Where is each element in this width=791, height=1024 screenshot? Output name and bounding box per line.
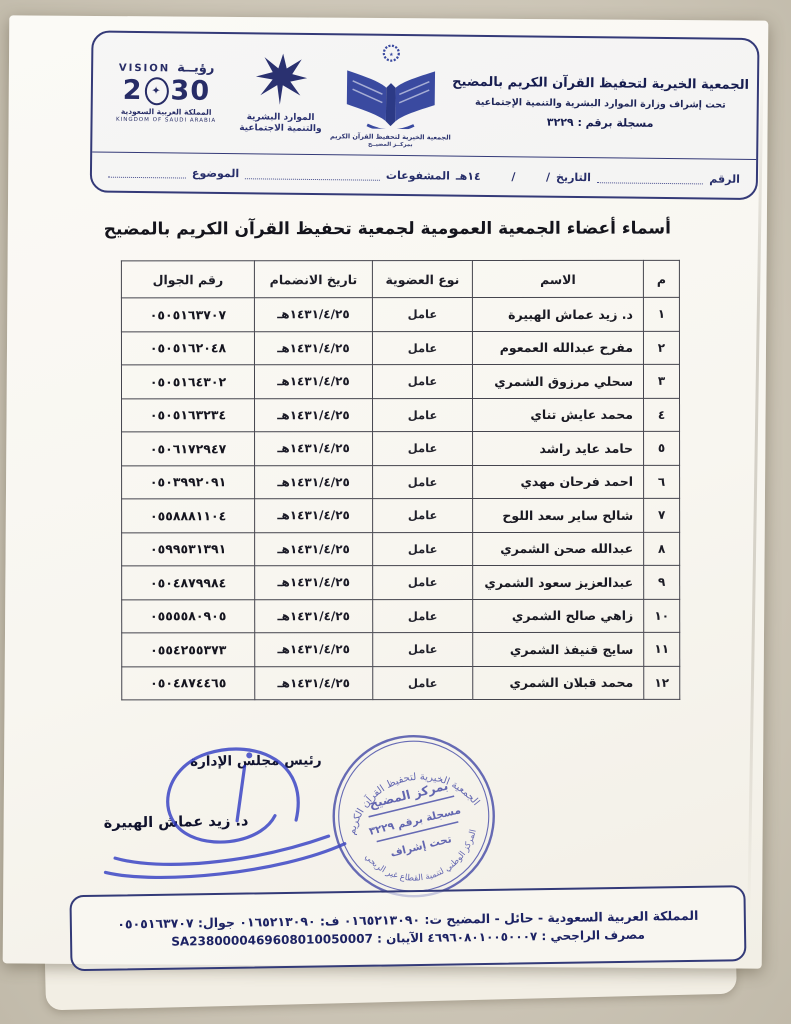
mobile-number: ٠٥٠٦١٧٢٩٤٧ (122, 432, 255, 466)
member-no: ٧ (644, 498, 680, 532)
association-logo: ٭ الجمعية الخيرية لتحفيظ القرآن الكريم ب… (329, 42, 452, 148)
member-no: ١٢ (644, 666, 680, 700)
member-name: حامد عايد راشد (473, 431, 644, 465)
association-name: الجمعية الخيرية لتحفيظ القرآن الكريم بال… (452, 74, 749, 92)
membership-type: عامل (373, 666, 473, 700)
join-date: ١٤٣١/٤/٢٥هـ (254, 365, 372, 399)
membership-type: عامل (373, 465, 473, 499)
col-header-type: نوع العضوية (372, 261, 472, 298)
table-row: ٢ مفرح عبدالله العمعوم عامل ١٤٣١/٤/٢٥هـ … (121, 331, 679, 365)
quran-book-icon: ٭ (338, 42, 443, 129)
hr-ministry-name: الموارد البشرية والتنمية الاجتماعية (231, 112, 329, 136)
vision-word-ar: رؤيــة (177, 61, 214, 76)
mobile-number: ٠٥٠٥١٦٢٠٤٨ (121, 331, 254, 365)
membership-type: عامل (372, 365, 472, 399)
table-row: ١٠ زاهي صالح الشمري عامل ١٤٣١/٤/٢٥هـ ٠٥٥… (122, 599, 680, 633)
member-no: ٩ (644, 565, 680, 599)
vision-country-ar: المملكة العربية السعودية (101, 107, 232, 117)
table-row: ١١ سايج قنيفذ الشمري عامل ١٤٣١/٤/٢٥هـ ٠٥… (122, 632, 680, 666)
form-number-label: الرقم (709, 172, 740, 185)
vision-country-en: KINGDOM OF SAUDI ARABIA (101, 117, 232, 125)
membership-type: عامل (373, 398, 473, 432)
vision-digits-30: 30 (170, 77, 210, 107)
mobile-number: ٠٥٠٤٨٧٤٤٦٥ (122, 666, 255, 700)
letterhead-form-row: الرقم التاريخ / / ١٤هـ المشفوعات الموضوع (92, 151, 756, 198)
col-header-phone: رقم الجوال (121, 261, 254, 298)
hr-ministry-star-icon (254, 52, 309, 107)
membership-type: عامل (373, 633, 473, 667)
join-date: ١٤٣١/٤/٢٥هـ (255, 566, 373, 600)
mobile-number: ٠٥٠٥١٦٣٢٣٤ (122, 398, 255, 432)
vision-emblem-icon: ✦ (144, 77, 168, 105)
join-date: ١٤٣١/٤/٢٥هـ (254, 331, 372, 365)
dotted-leader (597, 171, 704, 184)
member-name: سحلي مرزوق الشمري (472, 364, 643, 398)
member-name: محمد عايش تناي (473, 398, 644, 432)
member-no: ٤ (644, 398, 680, 432)
vision-2030-logo: VISION رؤيــة 2 ✦ 30 المملكة العربية الس… (101, 60, 233, 124)
vision-2030-year: 2 ✦ 30 (101, 76, 232, 107)
svg-text:المركز الوطني لتنمية القطاع غي: المركز الوطني لتنمية القطاع غير الربحي (361, 826, 487, 896)
membership-type: عامل (373, 599, 473, 633)
member-name: د. زيد عماش الهبيرة (472, 297, 643, 331)
table-row: ٨ عبدالله صحن الشمري عامل ١٤٣١/٤/٢٥هـ ٠٥… (122, 532, 680, 566)
document-title: أسماء أعضاء الجمعية العمومية لجمعية تحفي… (8, 218, 767, 239)
join-date: ١٤٣١/٤/٢٥هـ (255, 499, 373, 533)
membership-type: عامل (373, 432, 473, 466)
mobile-number: ٠٥٩٩٥٣١٣٩١ (122, 532, 255, 566)
hr-ministry-logo: الموارد البشرية والتنمية الاجتماعية (231, 52, 330, 136)
table-row: ٧ شالح ساير سعد اللوح عامل ١٤٣١/٤/٢٥هـ ٠… (122, 498, 680, 532)
col-header-date: تاريخ الانضمام (254, 261, 372, 298)
membership-type: عامل (372, 298, 472, 332)
vision-digit-2: 2 (123, 76, 143, 106)
form-date-placeholder: / / ١٤هـ (456, 169, 550, 183)
dotted-leader (108, 166, 186, 179)
member-name: زاهي صالح الشمري (473, 599, 644, 633)
table-row: ٩ عبدالعزيز سعود الشمري عامل ١٤٣١/٤/٢٥هـ… (122, 565, 680, 599)
member-name: مفرح عبدالله العمعوم (472, 331, 643, 365)
membership-type: عامل (373, 499, 473, 533)
table-header-row: م الاسم نوع العضوية تاريخ الانضمام رقم ا… (121, 260, 679, 297)
association-center-name: بمركــز المضيــح (329, 141, 451, 148)
join-date: ١٤٣١/٤/٢٥هـ (254, 298, 372, 332)
member-no: ٦ (644, 465, 680, 499)
membership-type: عامل (373, 566, 473, 600)
stamp-arc-bottom-text: المركز الوطني لتنمية القطاع غير الربحي (361, 826, 487, 896)
member-no: ١٠ (644, 599, 680, 633)
table-row: ١٢ محمد قبلان الشمري عامل ١٤٣١/٤/٢٥هـ ٠٥… (122, 666, 680, 700)
member-no: ٣ (643, 364, 679, 398)
vision-word-en: VISION (119, 63, 170, 75)
mobile-number: ٠٥٥٤٢٥٥٣٧٣ (122, 633, 255, 667)
member-no: ٨ (644, 532, 680, 566)
member-name: احمد فرحان مهدي (473, 465, 644, 499)
member-no: ٢ (643, 331, 679, 365)
join-date: ١٤٣١/٤/٢٥هـ (255, 666, 373, 700)
form-attachments-label: المشفوعات (386, 168, 450, 182)
member-name: سايج قنيفذ الشمري (473, 632, 644, 666)
join-date: ١٤٣١/٤/٢٥هـ (255, 599, 373, 633)
member-name: محمد قبلان الشمري (473, 666, 644, 700)
mobile-number: ٠٥٠٣٩٩٢٠٩١ (122, 465, 255, 499)
mobile-number: ٠٥٠٥١٦٤٣٠٢ (121, 365, 254, 399)
mobile-number: ٠٥٥٨٨٨١١٠٤ (122, 499, 255, 533)
scanned-document-photo: VISION رؤيــة 2 ✦ 30 المملكة العربية الس… (0, 0, 791, 1024)
member-name: عبدالعزيز سعود الشمري (473, 565, 644, 599)
table-row: ٣ سحلي مرزوق الشمري عامل ١٤٣١/٤/٢٥هـ ٠٥٠… (121, 364, 679, 398)
membership-type: عامل (373, 532, 473, 566)
supervision-line: تحت إشراف وزارة الموارد البشرية والتنمية… (452, 96, 749, 110)
join-date: ١٤٣١/٤/٢٥هـ (255, 465, 373, 499)
col-header-name: الاسم (472, 260, 643, 297)
members-table: م الاسم نوع العضوية تاريخ الانضمام رقم ا… (121, 260, 680, 700)
mobile-number: ٠٥٠٥١٦٣٧٠٧ (121, 298, 254, 332)
membership-type: عامل (372, 331, 472, 365)
table-row: ٤ محمد عايش تناي عامل ١٤٣١/٤/٢٥هـ ٠٥٠٥١٦… (122, 398, 680, 432)
join-date: ١٤٣١/٤/٢٥هـ (255, 398, 373, 432)
svg-text:٭: ٭ (389, 48, 394, 58)
member-no: ١ (643, 297, 679, 331)
join-date: ١٤٣١/٤/٢٥هـ (255, 532, 373, 566)
dotted-leader (245, 167, 380, 181)
letterhead-logos-row: VISION رؤيــة 2 ✦ 30 المملكة العربية الس… (92, 33, 757, 159)
member-name: شالح ساير سعد اللوح (473, 498, 644, 532)
col-header-no: م (643, 260, 679, 297)
mobile-number: ٠٥٠٤٨٧٩٩٨٤ (122, 566, 255, 600)
document-page: VISION رؤيــة 2 ✦ 30 المملكة العربية الس… (3, 15, 769, 968)
mobile-number: ٠٥٥٥٥٨٠٩٠٥ (122, 599, 255, 633)
form-date-label: التاريخ (556, 170, 591, 183)
footer-contact-box: المملكة العربية السعودية - حائل - المضيح… (69, 885, 746, 971)
join-date: ١٤٣١/٤/٢٥هـ (255, 432, 373, 466)
member-no: ٥ (644, 431, 680, 465)
table-row: ١ د. زيد عماش الهبيرة عامل ١٤٣١/٤/٢٥هـ ٠… (121, 297, 679, 331)
association-header-text: الجمعية الخيرية لتحفيظ القرآن الكريم بال… (452, 64, 750, 130)
vision-wordmark: VISION رؤيــة (101, 60, 232, 76)
member-name: عبدالله صحن الشمري (473, 532, 644, 566)
association-calligraphy: الجمعية الخيرية لتحفيظ القرآن الكريم (329, 132, 451, 141)
letterhead-box: VISION رؤيــة 2 ✦ 30 المملكة العربية الس… (90, 30, 760, 200)
table-row: ٦ احمد فرحان مهدي عامل ١٤٣١/٤/٢٥هـ ٠٥٠٣٩… (122, 465, 680, 499)
registration-number: مسجلة برقم : ٣٢٢٩ (452, 114, 749, 130)
form-subject-label: الموضوع (192, 166, 239, 180)
join-date: ١٤٣١/٤/٢٥هـ (255, 633, 373, 667)
table-row: ٥ حامد عايد راشد عامل ١٤٣١/٤/٢٥هـ ٠٥٠٦١٧… (122, 431, 680, 465)
member-no: ١١ (644, 632, 680, 666)
